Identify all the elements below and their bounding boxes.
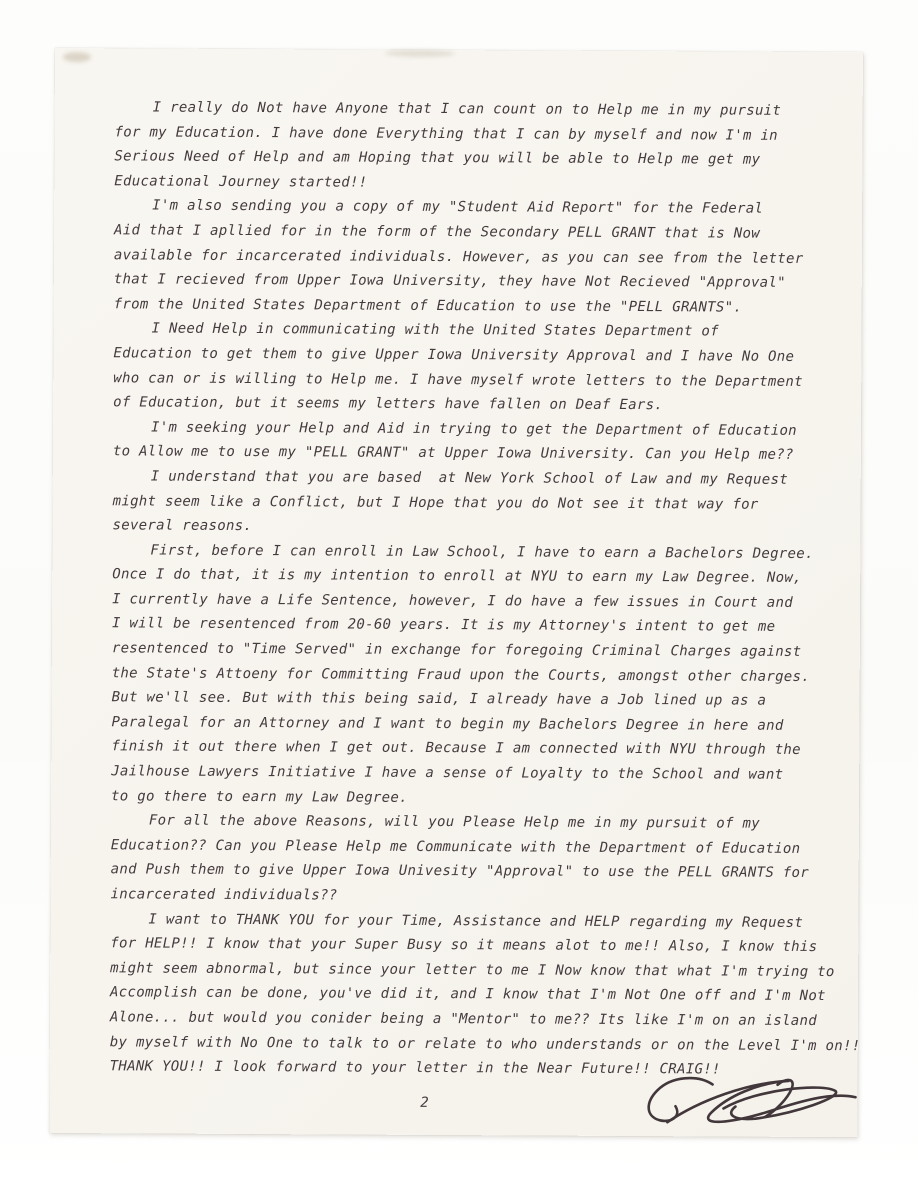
letter-line: Once I do that, it is my intention to en…: [112, 563, 857, 591]
letter-line: But we'll see. But with this being said,…: [112, 686, 857, 714]
letter-line: Alone... but would you conider being a "…: [110, 1005, 855, 1033]
letter-line: that I recieved from Upper Iowa Universi…: [114, 267, 859, 295]
letter-line: Aid that I apllied for in the form of th…: [114, 218, 859, 246]
letter-page: I really do Not have Anyone that I can c…: [49, 48, 863, 1137]
scan-background: I really do Not have Anyone that I can c…: [0, 0, 918, 1188]
letter-line: of Education, but it seems my letters ha…: [113, 390, 858, 418]
letter-line: I understand that you are based at New Y…: [113, 464, 858, 492]
letter-line: I Need Help in communicating with the Un…: [113, 317, 858, 345]
letter-line: resentenced to "Time Served" in exchange…: [112, 636, 857, 664]
scan-smudge: [63, 52, 91, 62]
letter-line: Education to get them to give Upper Iowa…: [113, 341, 858, 369]
letter-line: to Allow me to use my "PELL GRANT" at Up…: [113, 440, 858, 468]
letter-line: I really do Not have Anyone that I can c…: [115, 95, 860, 123]
letter-line: Serious Need of Help and am Hoping that …: [114, 145, 859, 173]
page-number: 2: [109, 1093, 739, 1112]
letter-line: for HELP!! I know that your Super Busy s…: [110, 931, 855, 959]
scan-smudge: [385, 50, 455, 57]
letter-line: incarcerated individuals??: [111, 882, 856, 910]
letter-body: I really do Not have Anyone that I can c…: [110, 95, 860, 1083]
letter-line: Jailhouse Lawyers Initiative I have a se…: [111, 759, 856, 787]
letter-line: several reasons.: [112, 513, 857, 541]
letter-line: For all the above Reasons, will you Plea…: [111, 809, 856, 837]
